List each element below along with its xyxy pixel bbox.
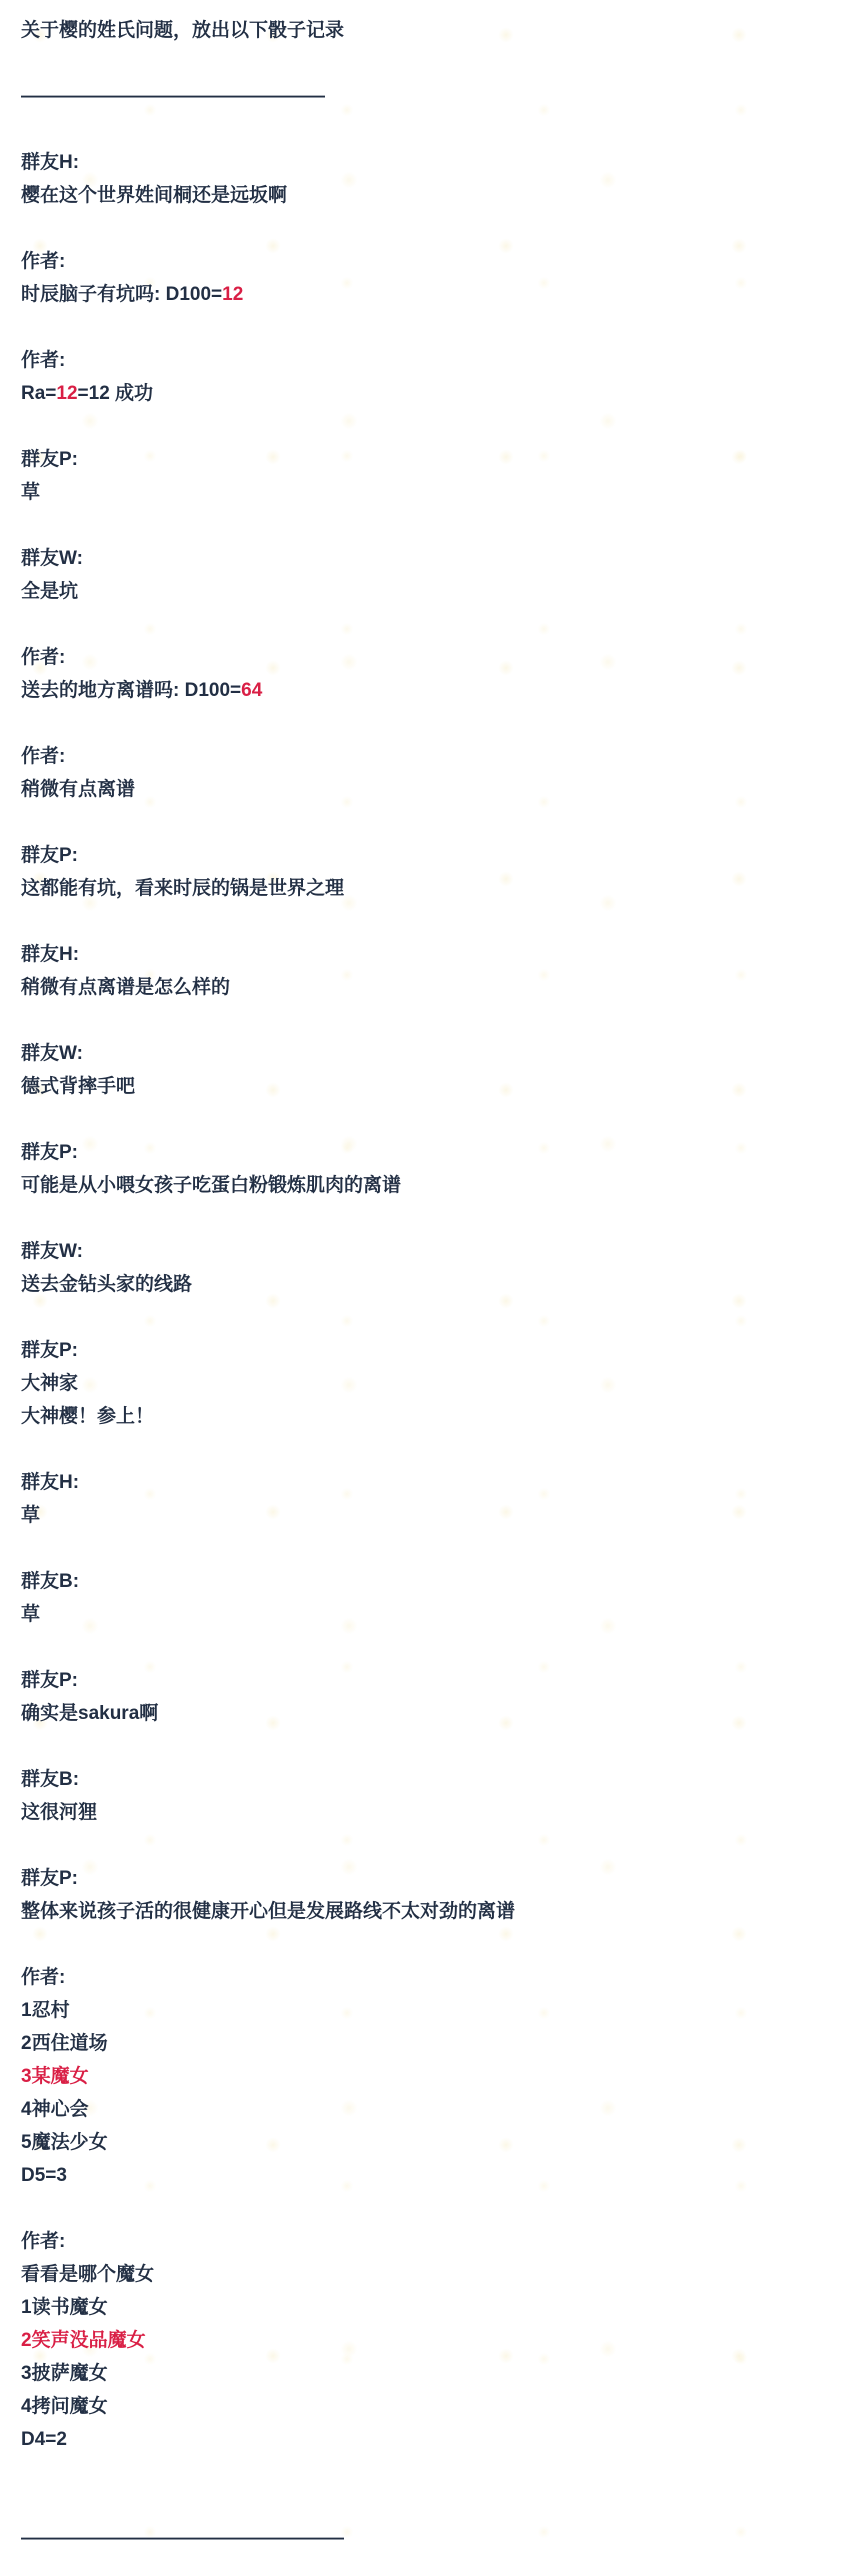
- dice-result-highlight: 12: [222, 284, 243, 305]
- log-text: 稍微有点离谱是怎么样的: [21, 977, 230, 998]
- log-text: 草: [21, 482, 40, 503]
- speaker-label: 作者:: [21, 1961, 837, 1994]
- speaker-label: 群友B:: [21, 1763, 837, 1796]
- speaker-label: 群友B:: [21, 1565, 837, 1598]
- blank-line: [21, 707, 837, 740]
- log-text: 时辰脑子有坑吗: D100=: [21, 284, 222, 305]
- log-text: Ra=: [21, 383, 56, 404]
- log-line: 3披萨魔女: [21, 2357, 837, 2390]
- log-line: 大神家: [21, 1367, 837, 1400]
- log-text: 稍微有点离谱: [21, 779, 135, 800]
- log-line: 5魔法少女: [21, 2126, 837, 2159]
- log-text: 4拷问魔女: [21, 2396, 108, 2417]
- log-line: 整体来说孩子活的很健康开心但是发展路线不太对劲的离谱: [21, 1895, 837, 1928]
- log-text: 4神心会: [21, 2099, 89, 2120]
- speaker-label: 群友H:: [21, 1466, 837, 1499]
- log-text: D4=2: [21, 2429, 67, 2450]
- log-text: 草: [21, 1604, 40, 1625]
- log-text: 樱在这个世界姓间桐还是远坂啊: [21, 185, 287, 206]
- dice-result-highlight: 12: [56, 383, 77, 404]
- log-line: D4=2: [21, 2423, 837, 2456]
- log-line: D5=3: [21, 2159, 837, 2192]
- blank-line: [21, 410, 837, 443]
- log-text: 全是坑: [21, 581, 78, 602]
- speaker-label: 作者:: [21, 740, 837, 773]
- blank-line: [21, 1928, 837, 1961]
- log-text: 这都能有坑，看来时辰的锅是世界之理: [21, 878, 344, 899]
- log-line: 草: [21, 476, 837, 509]
- log-line: 可能是从小喂女孩子吃蛋白粉锻炼肌肉的离谱: [21, 1169, 837, 1202]
- blank-line: [21, 1103, 837, 1136]
- speaker-label: 群友P:: [21, 1136, 837, 1169]
- log-line: 1忍村: [21, 1994, 837, 2027]
- log-line: 3某魔女: [21, 2060, 837, 2093]
- log-text: 大神樱！参上！: [21, 1406, 154, 1427]
- log-text: =12 成功: [78, 383, 154, 404]
- blank-line: [21, 1301, 837, 1334]
- log-line: 这都能有坑，看来时辰的锅是世界之理: [21, 872, 837, 905]
- separator-bottom: —————————————————: [21, 2522, 837, 2555]
- log-line: 樱在这个世界姓间桐还是远坂啊: [21, 179, 837, 212]
- speaker-label: 群友P:: [21, 1664, 837, 1697]
- log-line: 德式背摔手吧: [21, 1070, 837, 1103]
- speaker-label: 群友H:: [21, 938, 837, 971]
- blank-line: [21, 212, 837, 245]
- log-text: 1忍村: [21, 2000, 70, 2021]
- log-line: 大神樱！参上！: [21, 1400, 837, 1433]
- log-text: 德式背摔手吧: [21, 1076, 135, 1097]
- blank-line: [21, 806, 837, 839]
- log-line: 看看是哪个魔女: [21, 2258, 837, 2291]
- blank-line: [21, 608, 837, 641]
- dice-result-highlight: 64: [241, 680, 262, 701]
- dice-log: 群友H:樱在这个世界姓间桐还是远坂啊作者:时辰脑子有坑吗: D100=12作者:…: [21, 146, 837, 2489]
- log-line: 全是坑: [21, 575, 837, 608]
- log-line: 送去的地方离谱吗: D100=64: [21, 674, 837, 707]
- blank-line: [21, 509, 837, 542]
- blank-line: [21, 1829, 837, 1862]
- blank-line: [21, 2489, 837, 2522]
- log-text: 大神家: [21, 1373, 78, 1394]
- blank-line: [21, 1730, 837, 1763]
- blank-line: [21, 311, 837, 344]
- speaker-label: 群友W:: [21, 542, 837, 575]
- blank-line: [21, 1433, 837, 1466]
- blank-line: [21, 1631, 837, 1664]
- speaker-label: 作者:: [21, 245, 837, 278]
- speaker-label: 群友W:: [21, 1037, 837, 1070]
- blank-line: [21, 47, 837, 80]
- log-line: 稍微有点离谱是怎么样的: [21, 971, 837, 1004]
- log-text: 草: [21, 1505, 40, 1526]
- speaker-label: 群友H:: [21, 146, 837, 179]
- log-text: 1读书魔女: [21, 2297, 108, 2318]
- speaker-label: 作者:: [21, 344, 837, 377]
- speaker-label: 群友W:: [21, 1235, 837, 1268]
- speaker-label: 作者:: [21, 641, 837, 674]
- dice-result-highlight: 3某魔女: [21, 2066, 89, 2087]
- log-text: 看看是哪个魔女: [21, 2264, 154, 2285]
- log-line: 草: [21, 1598, 837, 1631]
- log-line: 4神心会: [21, 2093, 837, 2126]
- log-line: 4拷问魔女: [21, 2390, 837, 2423]
- blank-line: [21, 1532, 837, 1565]
- log-text: 3披萨魔女: [21, 2363, 108, 2384]
- dice-log-page: 关于樱的姓氏问题，放出以下骰子记录 ———————————————— 群友H:樱…: [0, 0, 857, 2556]
- speaker-label: 作者:: [21, 2225, 837, 2258]
- blank-line: [21, 1202, 837, 1235]
- page-title: 关于樱的姓氏问题，放出以下骰子记录: [21, 14, 837, 47]
- log-line: 1读书魔女: [21, 2291, 837, 2324]
- log-text: 确实是sakura啊: [21, 1703, 158, 1724]
- log-line: Ra=12=12 成功: [21, 377, 837, 410]
- log-line: 稍微有点离谱: [21, 773, 837, 806]
- blank-line: [21, 2456, 837, 2489]
- log-text: 送去的地方离谱吗: D100=: [21, 680, 241, 701]
- log-line: 送去金钻头家的线路: [21, 1268, 837, 1301]
- log-line: 草: [21, 1499, 837, 1532]
- log-line: 确实是sakura啊: [21, 1697, 837, 1730]
- log-text: 整体来说孩子活的很健康开心但是发展路线不太对劲的离谱: [21, 1901, 515, 1922]
- speaker-label: 群友P:: [21, 443, 837, 476]
- log-text: 2西住道场: [21, 2033, 108, 2054]
- log-line: 2西住道场: [21, 2027, 837, 2060]
- separator-top: ————————————————: [21, 80, 837, 113]
- blank-line: [21, 113, 837, 146]
- blank-line: [21, 905, 837, 938]
- log-line: 时辰脑子有坑吗: D100=12: [21, 278, 837, 311]
- log-text: D5=3: [21, 2165, 67, 2186]
- log-text: 5魔法少女: [21, 2132, 108, 2153]
- log-text: 送去金钻头家的线路: [21, 1274, 192, 1295]
- log-text: 可能是从小喂女孩子吃蛋白粉锻炼肌肉的离谱: [21, 1175, 401, 1196]
- speaker-label: 群友P:: [21, 1334, 837, 1367]
- log-line: 2笑声没品魔女: [21, 2324, 837, 2357]
- log-text: 这很河狸: [21, 1802, 97, 1823]
- dice-result-highlight: 2笑声没品魔女: [21, 2330, 146, 2351]
- speaker-label: 群友P:: [21, 839, 837, 872]
- blank-line: [21, 1004, 837, 1037]
- blank-line: [21, 2192, 837, 2225]
- speaker-label: 群友P:: [21, 1862, 837, 1895]
- log-line: 这很河狸: [21, 1796, 837, 1829]
